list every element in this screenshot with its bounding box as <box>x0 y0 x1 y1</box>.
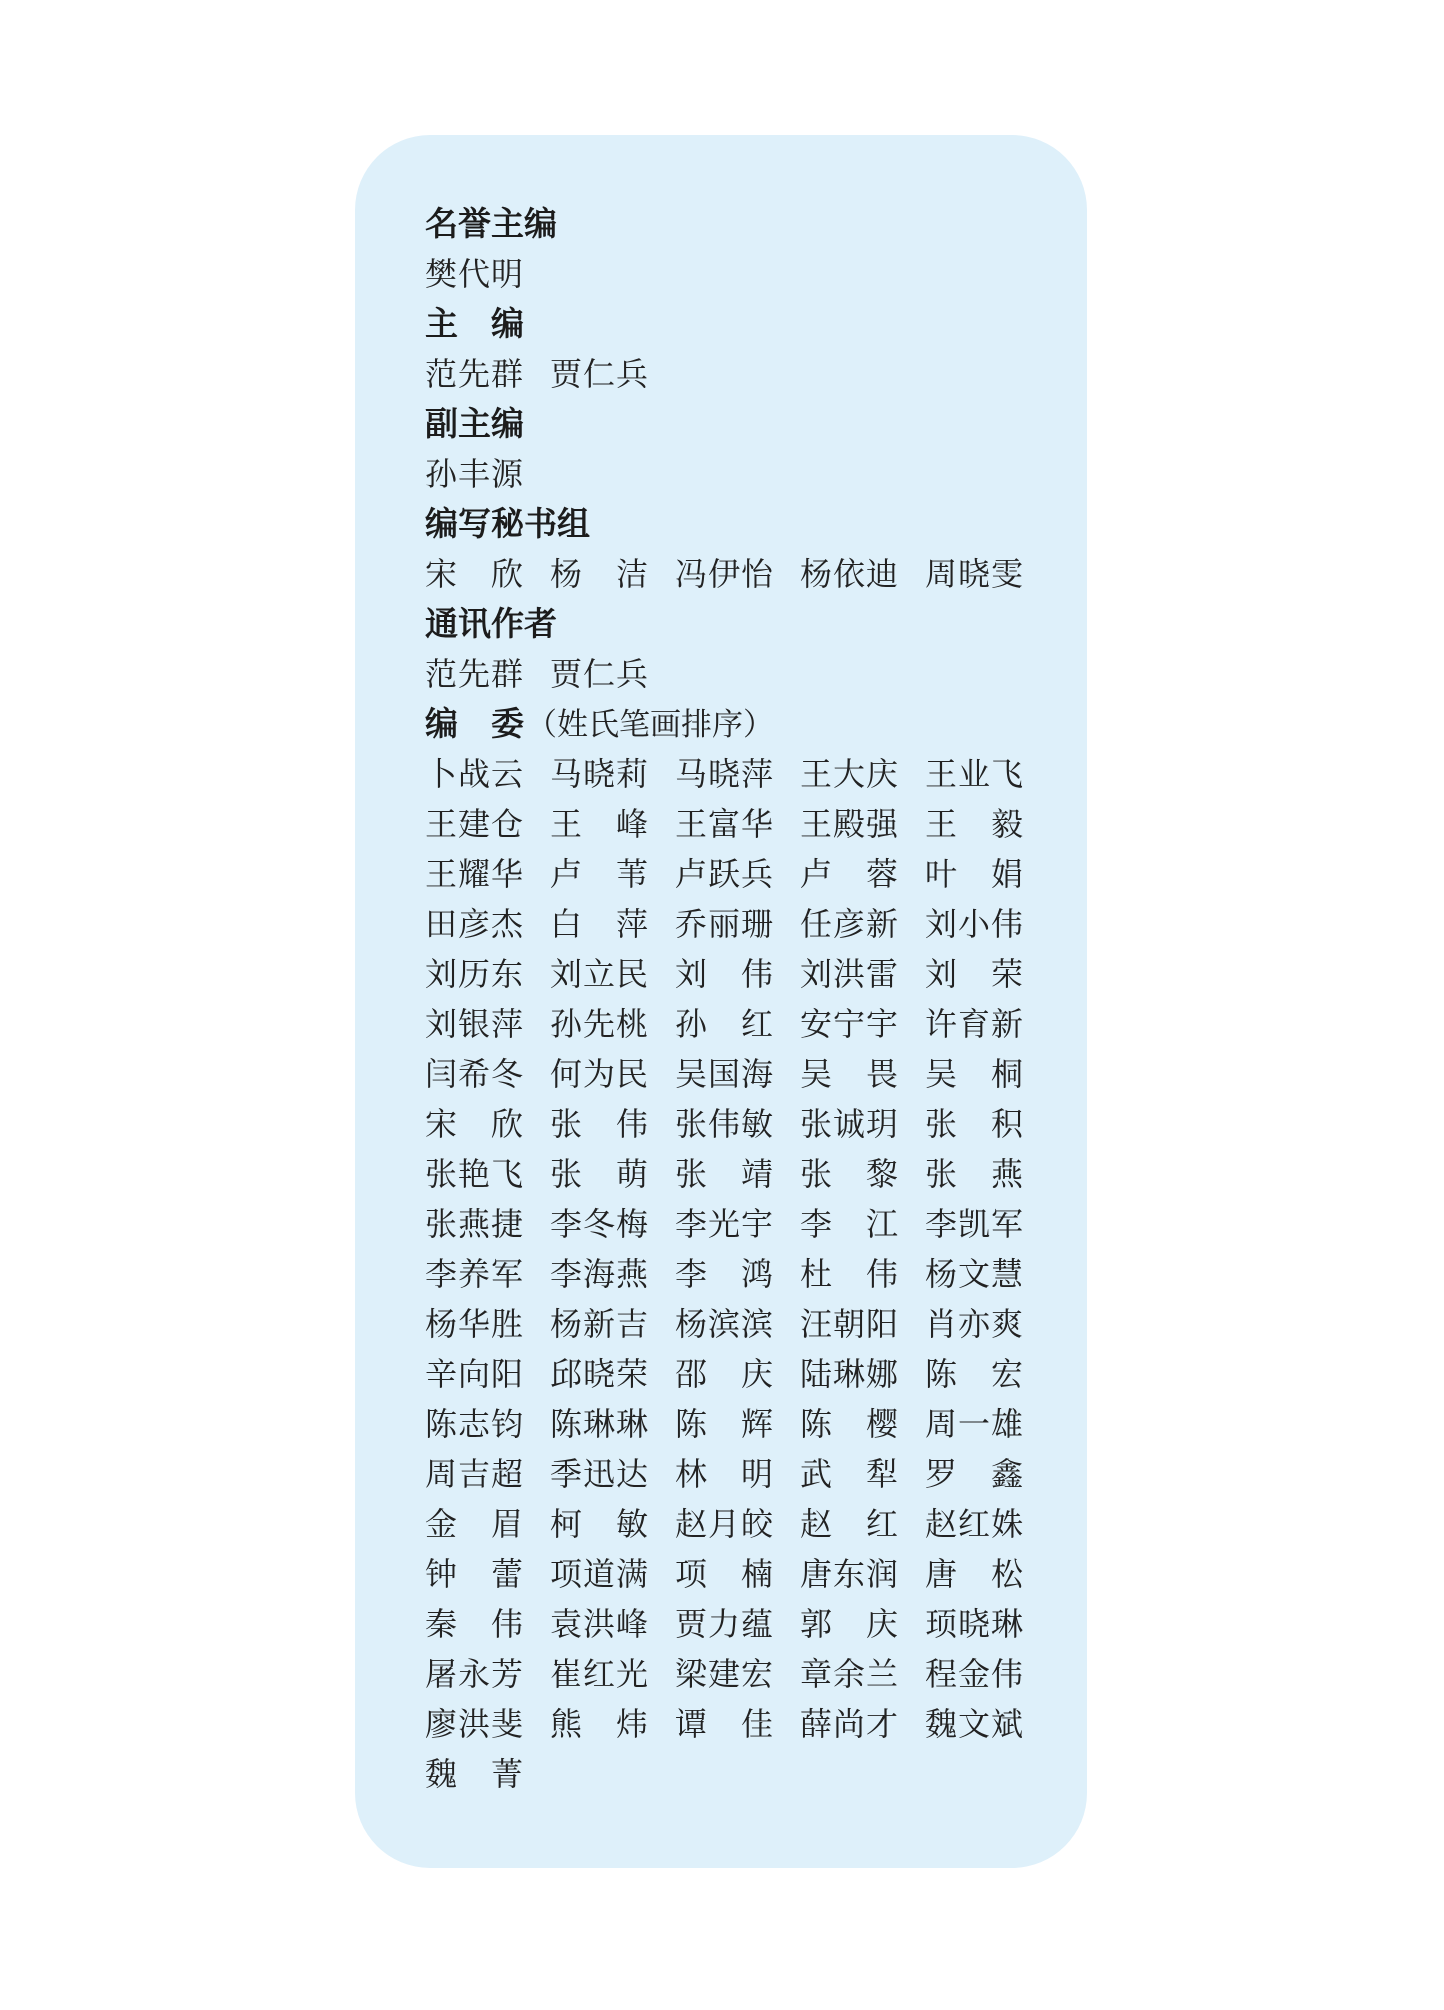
honorary-editor-heading: 名誉主编 <box>425 199 1057 249</box>
member-name: 王建仓 <box>425 799 525 849</box>
member-name: 周吉超 <box>425 1449 525 1499</box>
member-name: 李 江 <box>800 1199 900 1249</box>
member-name: 李光宇 <box>675 1199 775 1249</box>
member-name: 杨文慧 <box>925 1249 1025 1299</box>
member-name: 刘历东 <box>425 949 525 999</box>
deputy-editor-names: 孙丰源 <box>425 449 1055 499</box>
member-name: 范先群 <box>425 649 525 699</box>
member-name: 王富华 <box>675 799 775 849</box>
member-name: 汪朝阳 <box>800 1299 900 1349</box>
member-name: 吴 桐 <box>925 1049 1025 1099</box>
member-name: 邵 庆 <box>675 1349 775 1399</box>
honorary-editor-names: 樊代明 <box>425 249 1055 299</box>
member-name: 孙先桃 <box>550 999 650 1049</box>
editorial-board-heading: 编 委（姓氏笔画排序） <box>425 699 1057 749</box>
member-name: 谭 佳 <box>675 1699 775 1749</box>
member-name: 吴国海 <box>675 1049 775 1099</box>
member-name: 项道满 <box>550 1549 650 1599</box>
member-name: 任彦新 <box>800 899 900 949</box>
member-name: 贾仁兵 <box>550 649 650 699</box>
member-name: 叶 娟 <box>925 849 1025 899</box>
member-name: 杨 洁 <box>550 549 650 599</box>
member-name: 邱晓荣 <box>550 1349 650 1399</box>
member-name: 陆琳娜 <box>800 1349 900 1399</box>
member-name: 杨新吉 <box>550 1299 650 1349</box>
editorial-board-names: 卜战云马晓莉马晓萍王大庆王业飞王建仓王 峰王富华王殿强王 毅王耀华卢 苇卢跃兵卢… <box>425 749 1055 1799</box>
member-name: 章余兰 <box>800 1649 900 1699</box>
member-name: 冯伊怡 <box>675 549 775 599</box>
member-name: 李海燕 <box>550 1249 650 1299</box>
member-name: 田彦杰 <box>425 899 525 949</box>
member-name: 崔红光 <box>550 1649 650 1699</box>
member-name: 顼晓琳 <box>925 1599 1025 1649</box>
member-name: 杨滨滨 <box>675 1299 775 1349</box>
member-name: 张 靖 <box>675 1149 775 1199</box>
member-name: 乔丽珊 <box>675 899 775 949</box>
member-name: 周一雄 <box>925 1399 1025 1449</box>
editorial-board-label: 编 委 <box>425 705 524 742</box>
member-name: 王业飞 <box>925 749 1025 799</box>
member-name: 郭 庆 <box>800 1599 900 1649</box>
member-name: 罗 鑫 <box>925 1449 1025 1499</box>
member-name: 金 眉 <box>425 1499 525 1549</box>
member-name: 王殿强 <box>800 799 900 849</box>
member-name: 孙 红 <box>675 999 775 1049</box>
member-name: 赵 红 <box>800 1499 900 1549</box>
member-name: 孙丰源 <box>425 449 525 499</box>
member-name: 吴 畏 <box>800 1049 900 1099</box>
book-frontmatter-page: 名誉主编 樊代明 主 编 范先群贾仁兵 副主编 孙丰源 编写秘书组 宋 欣杨 洁… <box>0 0 1444 2010</box>
member-name: 宋 欣 <box>425 1099 525 1149</box>
member-name: 杨依迪 <box>800 549 900 599</box>
chief-editor-heading: 主 编 <box>425 299 1057 349</box>
member-name: 张 萌 <box>550 1149 650 1199</box>
member-name: 贾力蕴 <box>675 1599 775 1649</box>
editorial-board-sort-note: （姓氏笔画排序） <box>526 707 774 743</box>
member-name: 项 楠 <box>675 1549 775 1599</box>
member-name: 刘 伟 <box>675 949 775 999</box>
member-name: 薛尚才 <box>800 1699 900 1749</box>
member-name: 袁洪峰 <box>550 1599 650 1649</box>
member-name: 宋 欣 <box>425 549 525 599</box>
member-name: 马晓萍 <box>675 749 775 799</box>
member-name: 张 积 <box>925 1099 1025 1149</box>
member-name: 杨华胜 <box>425 1299 525 1349</box>
member-name: 张伟敏 <box>675 1099 775 1149</box>
member-name: 刘银萍 <box>425 999 525 1049</box>
member-name: 程金伟 <box>925 1649 1025 1699</box>
secretary-group-names: 宋 欣杨 洁冯伊怡杨依迪周晓雯 <box>425 549 1055 599</box>
member-name: 周晓雯 <box>925 549 1025 599</box>
member-name: 张诚玥 <box>800 1099 900 1149</box>
member-name: 张艳飞 <box>425 1149 525 1199</box>
member-name: 魏 菁 <box>425 1749 525 1799</box>
member-name: 赵月皎 <box>675 1499 775 1549</box>
editorial-board-panel: 名誉主编 樊代明 主 编 范先群贾仁兵 副主编 孙丰源 编写秘书组 宋 欣杨 洁… <box>355 135 1087 1868</box>
member-name: 李凯军 <box>925 1199 1025 1249</box>
member-name: 安宁宇 <box>800 999 900 1049</box>
corresponding-author-heading: 通讯作者 <box>425 599 1057 649</box>
member-name: 张 燕 <box>925 1149 1025 1199</box>
member-name: 卢 苇 <box>550 849 650 899</box>
member-name: 陈 樱 <box>800 1399 900 1449</box>
member-name: 屠永芳 <box>425 1649 525 1699</box>
member-name: 闫希冬 <box>425 1049 525 1099</box>
member-name: 陈志钧 <box>425 1399 525 1449</box>
member-name: 梁建宏 <box>675 1649 775 1699</box>
member-name: 卢跃兵 <box>675 849 775 899</box>
member-name: 刘 荣 <box>925 949 1025 999</box>
member-name: 武 犁 <box>800 1449 900 1499</box>
member-name: 柯 敏 <box>550 1499 650 1549</box>
member-name: 辛向阳 <box>425 1349 525 1399</box>
member-name: 王 毅 <box>925 799 1025 849</box>
member-name: 何为民 <box>550 1049 650 1099</box>
member-name: 唐 松 <box>925 1549 1025 1599</box>
member-name: 张 黎 <box>800 1149 900 1199</box>
member-name: 王耀华 <box>425 849 525 899</box>
corresponding-author-names: 范先群贾仁兵 <box>425 649 1055 699</box>
member-name: 熊 炜 <box>550 1699 650 1749</box>
member-name: 卢 蓉 <box>800 849 900 899</box>
member-name: 陈 宏 <box>925 1349 1025 1399</box>
member-name: 李养军 <box>425 1249 525 1299</box>
member-name: 杜 伟 <box>800 1249 900 1299</box>
member-name: 贾仁兵 <box>550 349 650 399</box>
secretary-group-heading: 编写秘书组 <box>425 499 1057 549</box>
member-name: 李冬梅 <box>550 1199 650 1249</box>
deputy-editor-heading: 副主编 <box>425 399 1057 449</box>
member-name: 许育新 <box>925 999 1025 1049</box>
member-name: 秦 伟 <box>425 1599 525 1649</box>
member-name: 廖洪斐 <box>425 1699 525 1749</box>
member-name: 白 萍 <box>550 899 650 949</box>
member-name: 肖亦爽 <box>925 1299 1025 1349</box>
member-name: 钟 蕾 <box>425 1549 525 1599</box>
chief-editor-names: 范先群贾仁兵 <box>425 349 1055 399</box>
member-name: 张 伟 <box>550 1099 650 1149</box>
member-name: 季迅达 <box>550 1449 650 1499</box>
member-name: 王大庆 <box>800 749 900 799</box>
member-name: 王 峰 <box>550 799 650 849</box>
member-name: 陈 辉 <box>675 1399 775 1449</box>
member-name: 卜战云 <box>425 749 525 799</box>
member-name: 张燕捷 <box>425 1199 525 1249</box>
member-name: 刘立民 <box>550 949 650 999</box>
member-name: 马晓莉 <box>550 749 650 799</box>
member-name: 魏文斌 <box>925 1699 1025 1749</box>
member-name: 赵红姝 <box>925 1499 1025 1549</box>
member-name: 林 明 <box>675 1449 775 1499</box>
member-name: 刘小伟 <box>925 899 1025 949</box>
member-name: 樊代明 <box>425 249 525 299</box>
member-name: 唐东润 <box>800 1549 900 1599</box>
member-name: 李 鸿 <box>675 1249 775 1299</box>
member-name: 陈琳琳 <box>550 1399 650 1449</box>
member-name: 范先群 <box>425 349 525 399</box>
member-name: 刘洪雷 <box>800 949 900 999</box>
